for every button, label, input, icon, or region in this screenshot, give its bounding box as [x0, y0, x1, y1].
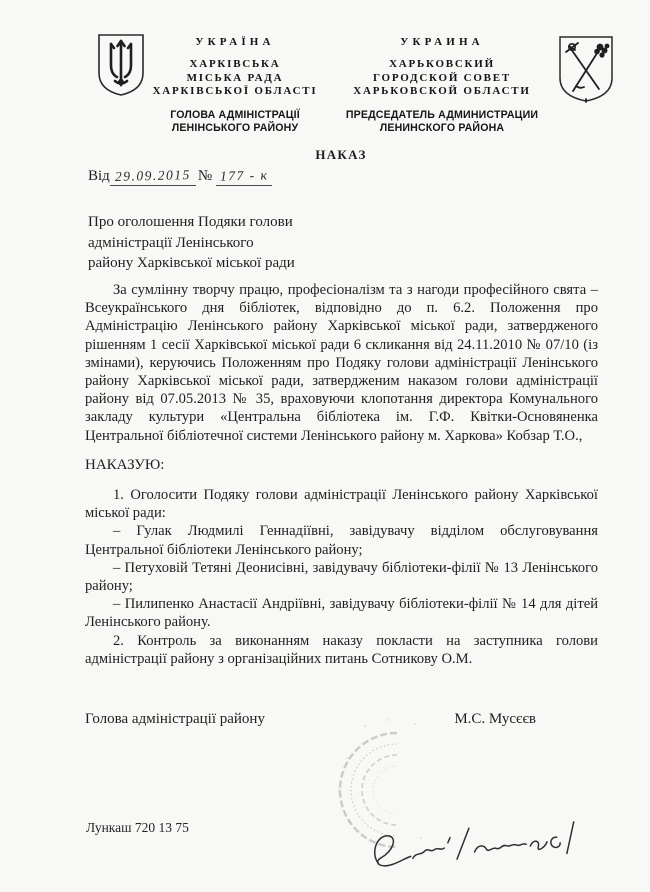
document-type-title: НАКАЗ	[16, 147, 650, 163]
date-number-line: Від29.09.2015№ 177 - к	[88, 168, 272, 186]
document-body: За сумлінну творчу працю, професіоналізм…	[85, 281, 598, 668]
org-line: ХАРЬКОВСКИЙ	[340, 58, 544, 72]
resolution-item: – Пилипенко Анастасії Андріївні, завідув…	[85, 595, 598, 631]
scanned-order-document: УКРАЇНА ХАРКІВСЬКА МІСЬКА РАДА ХАРКІВСЬК…	[0, 0, 650, 892]
org-name-ru: ХАРЬКОВСКИЙ ГОРОДСКОЙ СОВЕТ ХАРЬКОВСКОЙ …	[340, 58, 544, 99]
org-line: ХАРЬКОВСКОЙ ОБЛАСТИ	[340, 85, 544, 99]
resolution-word: НАКАЗУЮ:	[85, 456, 598, 474]
country-name-ru: УКРАИНА	[340, 36, 544, 48]
org-line: ХАРКІВСЬКОЇ ОБЛАСТІ	[137, 85, 333, 99]
header-left-ukrainian: УКРАЇНА ХАРКІВСЬКА МІСЬКА РАДА ХАРКІВСЬК…	[137, 36, 333, 135]
subject-line: Про оголошення Подяки голови	[88, 212, 348, 233]
handwritten-number: 177 - к	[216, 167, 273, 185]
title-line: ЛЕНИНСКОГО РАЙОНА	[340, 122, 544, 135]
org-line: ХАРКІВСЬКА	[137, 58, 333, 72]
subject-line: району Харківської міської ради	[88, 253, 348, 274]
number-blank: 177 - к	[216, 168, 272, 186]
date-blank: 29.09.2015	[110, 168, 196, 186]
resolution-item: 2. Контроль за виконанням наказу покласт…	[85, 632, 598, 668]
country-name-uk: УКРАЇНА	[137, 36, 333, 48]
org-line: МІСЬКА РАДА	[137, 72, 333, 86]
executor-contact-line: Лункаш 720 13 75	[86, 820, 189, 836]
subject-block: Про оголошення Подяки голови адміністрац…	[88, 212, 348, 274]
subject-line: адміністрації Ленінського	[88, 233, 348, 254]
org-name-uk: ХАРКІВСЬКА МІСЬКА РАДА ХАРКІВСЬКОЇ ОБЛАС…	[137, 58, 333, 99]
title-line: ЛЕНІНСЬКОГО РАЙОНУ	[137, 122, 333, 135]
title-line: ПРЕДСЕДАТЕЛЬ АДМИНИСТРАЦИИ	[340, 109, 544, 122]
header-right-russian: УКРАИНА ХАРЬКОВСКИЙ ГОРОДСКОЙ СОВЕТ ХАРЬ…	[340, 36, 544, 135]
issuer-title-ru: ПРЕДСЕДАТЕЛЬ АДМИНИСТРАЦИИ ЛЕНИНСКОГО РА…	[340, 109, 544, 135]
resolution-item: – Петуховій Тетяні Деонисівні, завідувач…	[85, 559, 598, 595]
issuer-title-uk: ГОЛОВА АДМІНІСТРАЦІЇ ЛЕНІНСЬКОГО РАЙОНУ	[137, 109, 333, 135]
signature-position-title: Голова адміністрації району	[85, 711, 265, 728]
body-paragraph: За сумлінну творчу працю, професіоналізм…	[85, 281, 598, 445]
resolution-item: – Гулак Людмилі Геннадіївні, завідувачу …	[85, 522, 598, 558]
resolution-item: 1. Оголосити Подяку голови адміністрації…	[85, 486, 598, 522]
title-line: ГОЛОВА АДМІНІСТРАЦІЇ	[137, 109, 333, 122]
handwritten-date: 29.09.2015	[111, 167, 195, 186]
number-label: №	[198, 168, 212, 184]
org-line: ГОРОДСКОЙ СОВЕТ	[340, 72, 544, 86]
date-prefix: Від	[88, 168, 110, 184]
kharkiv-coat-of-arms-icon	[556, 34, 616, 104]
